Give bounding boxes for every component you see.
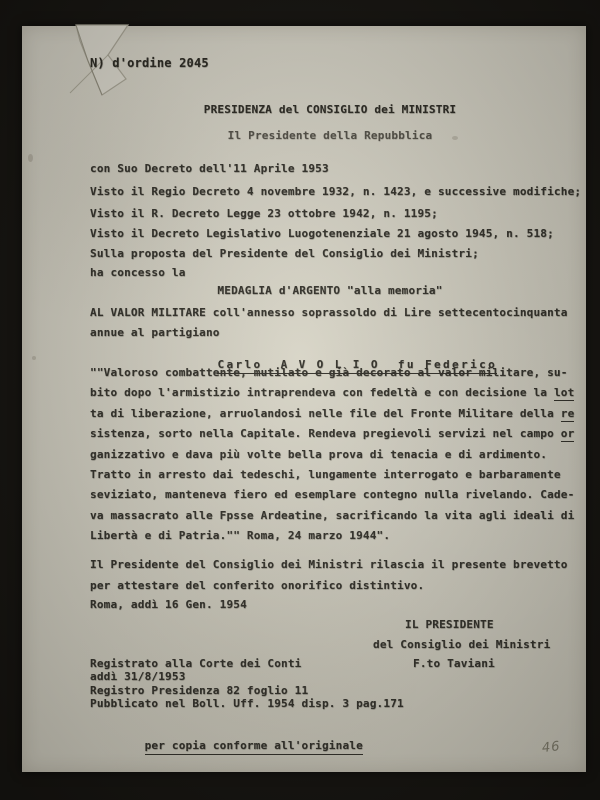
citation-line: Tratto in arresto dai tedeschi, lungamen…: [90, 465, 570, 485]
paper-speck: [32, 356, 36, 360]
copy-note-line: per copia conforme all'originale: [90, 726, 570, 765]
registration-line: Registro Presidenza 82 foglio 11: [90, 684, 570, 697]
preamble-line: Sulla proposta del Presidente del Consig…: [90, 247, 570, 260]
closing-line: per attestare del conferito onorifico di…: [90, 579, 570, 592]
copy-note: per copia conforme all'originale: [145, 739, 363, 755]
document-subtitle: Il Presidente della Repubblica: [90, 129, 570, 142]
preamble-line: Visto il R. Decreto Legge 23 ottobre 194…: [90, 207, 570, 220]
registration-line: Pubblicato nel Boll. Uff. 1954 disp. 3 p…: [90, 697, 570, 710]
order-number: N) d'ordine 2045: [90, 56, 570, 70]
citation-line: ta di liberazione, arruolandosi nelle fi…: [90, 404, 570, 424]
preamble-line: con Suo Decreto dell'11 Aprile 1953: [90, 162, 570, 175]
citation-line: ganizzativo e dava più volte bella prova…: [90, 445, 570, 465]
typed-content: N) d'ordine 2045 PRESIDENZA del CONSIGLI…: [90, 26, 570, 772]
citation-line: ""Valoroso combattente, mutilato e già d…: [90, 363, 570, 383]
award-line: AL VALOR MILITARE coll'annesso soprassol…: [90, 306, 570, 319]
pencil-annotation: 46: [541, 739, 561, 756]
citation-line: va massacrato alle Fpsse Ardeatine, sacr…: [90, 506, 570, 526]
signature-title: IL PRESIDENTE: [405, 618, 570, 631]
registration-line: addì 31/8/1953: [90, 670, 570, 683]
closing-line: Il Presidente del Consiglio dei Ministri…: [90, 558, 570, 571]
citation-line: seviziato, manteneva fiero ed esemplare …: [90, 485, 570, 505]
citation-line: bito dopo l'armistizio intraprendeva con…: [90, 383, 570, 403]
photo-background: N) d'ordine 2045 PRESIDENZA del CONSIGLI…: [0, 0, 600, 800]
document-title: PRESIDENZA del CONSIGLIO dei MINISTRI: [90, 103, 570, 116]
paper-speck: [28, 154, 33, 162]
paper: N) d'ordine 2045 PRESIDENZA del CONSIGLI…: [22, 26, 586, 772]
closing-line: Roma, addì 16 Gen. 1954: [90, 598, 570, 611]
citation-line: Libertà e di Patria."" Roma, 24 marzo 19…: [90, 526, 570, 546]
citation-line: sistenza, sorto nella Capitale. Rendeva …: [90, 424, 570, 444]
signature-name: F.to Taviani: [413, 657, 570, 670]
citation-paragraph: ""Valoroso combattente, mutilato e già d…: [90, 363, 570, 547]
preamble-line: ha concesso la: [90, 266, 570, 279]
preamble-line: Visto il Regio Decreto 4 novembre 1932, …: [90, 185, 570, 198]
award-line: annue al partigiano: [90, 326, 570, 339]
signature-title: del Consiglio dei Ministri: [373, 638, 570, 651]
preamble-line: Visto il Decreto Legislativo Luogotenenz…: [90, 227, 570, 240]
medal-title: MEDAGLIA d'ARGENTO "alla memoria": [90, 284, 570, 297]
